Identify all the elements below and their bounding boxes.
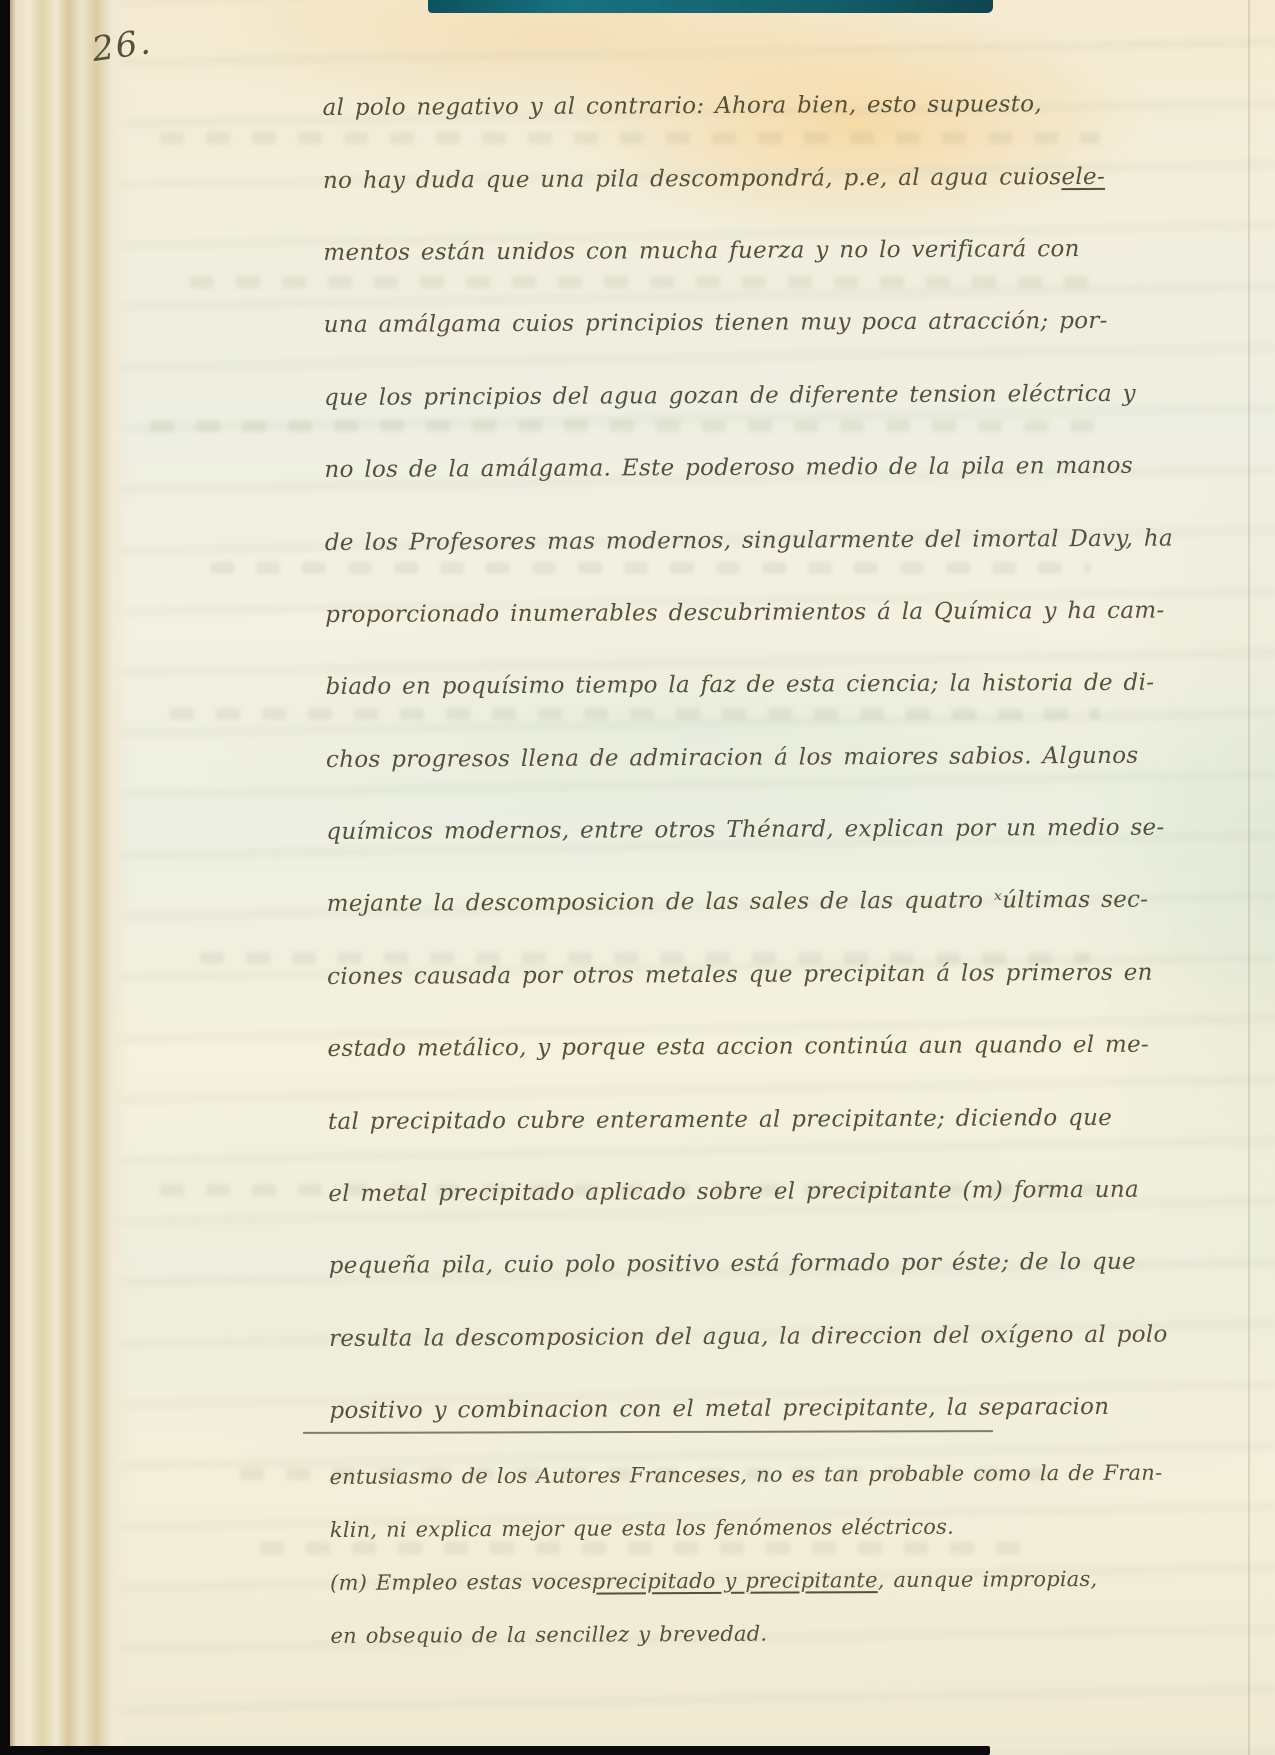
manuscript-line: proporcionado inumerables descubrimiento…: [325, 575, 1085, 651]
manuscript-line: el metal precipitado aplicado sobre el p…: [328, 1154, 1088, 1230]
manuscript-line: (m) Empleo estas voces precipitado y pre…: [330, 1552, 1070, 1609]
manuscript-line: de los Profesores mas modernos, singular…: [325, 502, 1085, 578]
scan-artifact-top-band: [428, 0, 993, 13]
manuscript-line: resulta la descomposicion del agua, la d…: [329, 1299, 1089, 1375]
manuscript-line: al polo negativo y al contrario: Ahora b…: [322, 68, 1082, 144]
manuscript-line: biado en poquísimo tiempo la faz de esta…: [325, 647, 1085, 723]
manuscript-line: que los principios del agua gozan de dif…: [324, 358, 1084, 434]
manuscript-line: una amálgama cuios principios tienen muy…: [324, 285, 1084, 361]
manuscript-line: ciones causada por otros metales que pre…: [327, 937, 1087, 1013]
manuscript-line: pequeña pila, cuio polo positivo está fo…: [328, 1226, 1088, 1302]
manuscript-line: chos progresos llena de admiracion á los…: [326, 720, 1086, 796]
manuscript-line: estado metálico, y porque esta accion co…: [327, 1009, 1087, 1085]
binding-gutter-edge: [0, 0, 132, 1755]
manuscript-line: tal precipitado cubre enteramente al pre…: [328, 1081, 1088, 1157]
manuscript-line: mentos están unidos con mucha fuerza y n…: [323, 213, 1083, 289]
scanned-manuscript-page: 26. al polo negativo y al contrario: Aho…: [0, 0, 1275, 1755]
manuscript-line: mejante la descomposicion de las sales d…: [327, 864, 1087, 940]
manuscript-line: positivo y combinacion con el metal prec…: [329, 1371, 1089, 1447]
footnote-block: entusiasmo de los Autores Franceses, no …: [329, 1446, 1070, 1662]
page-number: 26.: [90, 22, 155, 70]
manuscript-line: no los de la amálgama. Este poderoso med…: [324, 430, 1084, 506]
page-edge-crease: [1248, 0, 1250, 1755]
manuscript-line: no hay duda que una pila descompondrá, p…: [323, 140, 1083, 216]
manuscript-line: en obsequio de la sencillez y brevedad.: [330, 1605, 1070, 1662]
manuscript-line: klin, ni explica mejor que esta los fenó…: [330, 1499, 1070, 1556]
scan-artifact-bottom-strip: [8, 1746, 990, 1755]
manuscript-body: al polo negativo y al contrario: Ahora b…: [322, 68, 1089, 1447]
manuscript-line: entusiasmo de los Autores Franceses, no …: [329, 1446, 1069, 1503]
manuscript-line: químicos modernos, entre otros Thénard, …: [326, 792, 1086, 868]
